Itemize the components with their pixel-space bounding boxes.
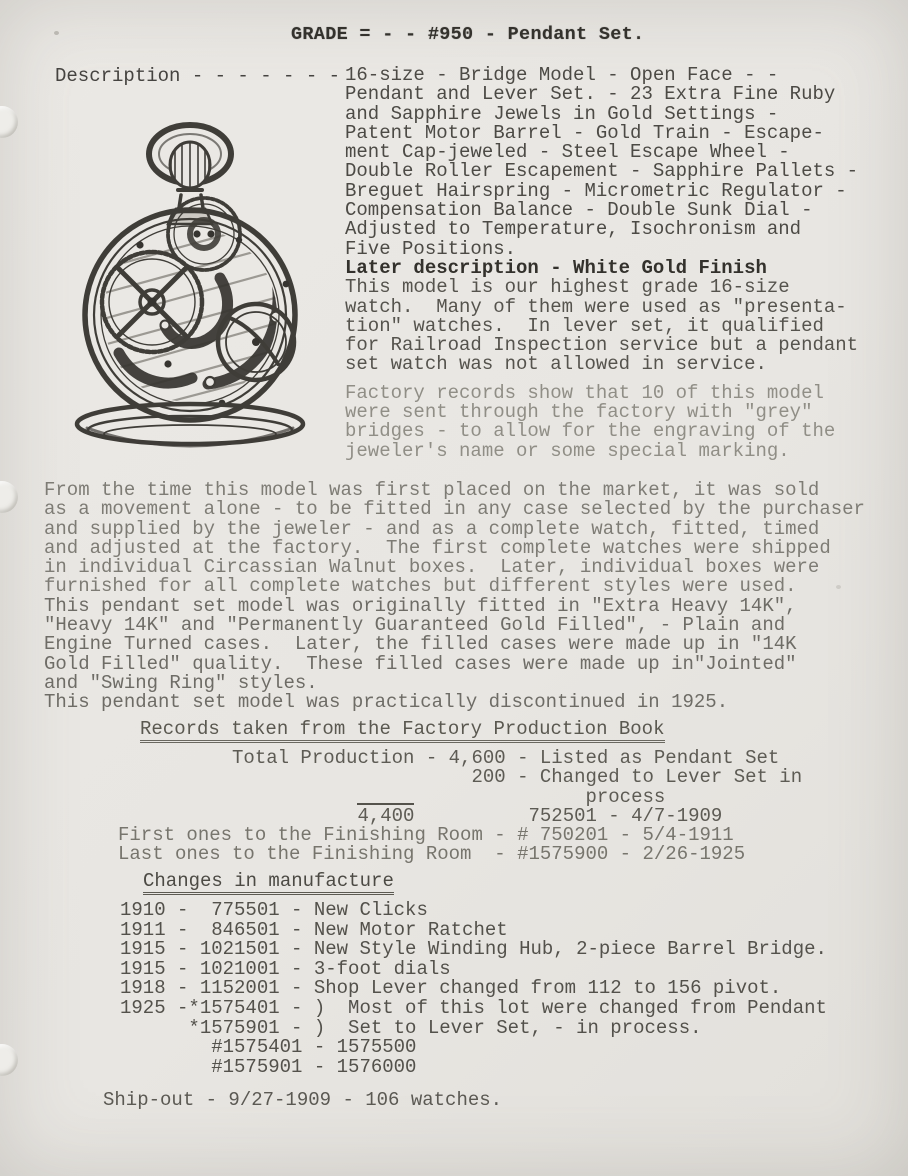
text-line: 1915 - 1021501 - New Style Winding Hub, … [120, 940, 827, 960]
text-line: bridges - to allow for the engraving of … [345, 422, 905, 441]
pocket-watch-svg [72, 112, 324, 460]
changes-list: 1910 - 775501 - New Clicks1911 - 846501 … [120, 901, 827, 1077]
history-paragraph: From the time this model was first place… [44, 481, 865, 713]
pocket-watch-illustration [72, 112, 324, 460]
description-label: Description - - - - - - - [55, 67, 340, 86]
changes-heading: Changes in manufacture [143, 872, 394, 895]
scan-speck [54, 31, 59, 35]
text-line: #1575401 - 1575500 [120, 1038, 827, 1058]
punch-hole [0, 106, 18, 138]
watch-movement [90, 198, 304, 420]
text-line: set watch was not allowed in service. [345, 355, 905, 374]
text-line: This pendant set model was practically d… [44, 693, 865, 712]
text-line: 1910 - 775501 - New Clicks [120, 901, 827, 921]
punch-hole [0, 1044, 18, 1076]
production-lines: Total Production - 4,600 - Listed as Pen… [118, 749, 802, 807]
production-records: Total Production - 4,600 - Listed as Pen… [118, 749, 802, 865]
text-line: 1925 -*1575401 - ) Most of this lot were… [120, 999, 827, 1019]
text-line: watch. Many of them were used as "presen… [345, 298, 905, 317]
text-line: and Sapphire Jewels in Gold Settings - [345, 105, 905, 124]
text-line: 200 - Changed to Lever Set in [118, 768, 802, 787]
text-line: and supplied by the jeweler - and as a c… [44, 520, 865, 539]
text-line: Adjusted to Temperature, Isochronism and [345, 220, 905, 239]
watch-crown [170, 142, 210, 188]
text-line: as a movement alone - to be fitted in an… [44, 500, 865, 519]
text-line: Pendant and Lever Set. - 23 Extra Fine R… [345, 85, 905, 104]
later-description-paragraph: Later description - White Gold FinishThi… [345, 259, 905, 375]
shipout-line: Ship-out - 9/27-1909 - 106 watches. [103, 1091, 502, 1110]
page-title: GRADE = - - #950 - Pendant Set. [291, 25, 644, 44]
finishing-room-lines: First ones to the Finishing Room - # 750… [118, 826, 802, 865]
text-line: Last ones to the Finishing Room - #15759… [118, 845, 802, 864]
description-column: 16-size - Bridge Model - Open Face - -Pe… [345, 66, 905, 461]
scanned-document-page: GRADE = - - #950 - Pendant Set. Descript… [0, 0, 908, 1176]
text-line: furnished for all complete watches but d… [44, 577, 865, 596]
text-line: Engine Turned cases. Later, the filled c… [44, 635, 865, 654]
factory-records-note: Factory records show that 10 of this mod… [345, 384, 905, 461]
text-line: Double Roller Escapement - Sapphire Pall… [345, 162, 905, 181]
punch-hole [0, 481, 18, 513]
spec-paragraph: 16-size - Bridge Model - Open Face - -Pe… [345, 66, 905, 259]
text-line: #1575901 - 1576000 [120, 1058, 827, 1078]
text-line: This model is our highest grade 16-size [345, 278, 905, 297]
records-heading: Records taken from the Factory Productio… [140, 720, 665, 743]
text-line: jeweler's name or some special marking. [345, 442, 905, 461]
